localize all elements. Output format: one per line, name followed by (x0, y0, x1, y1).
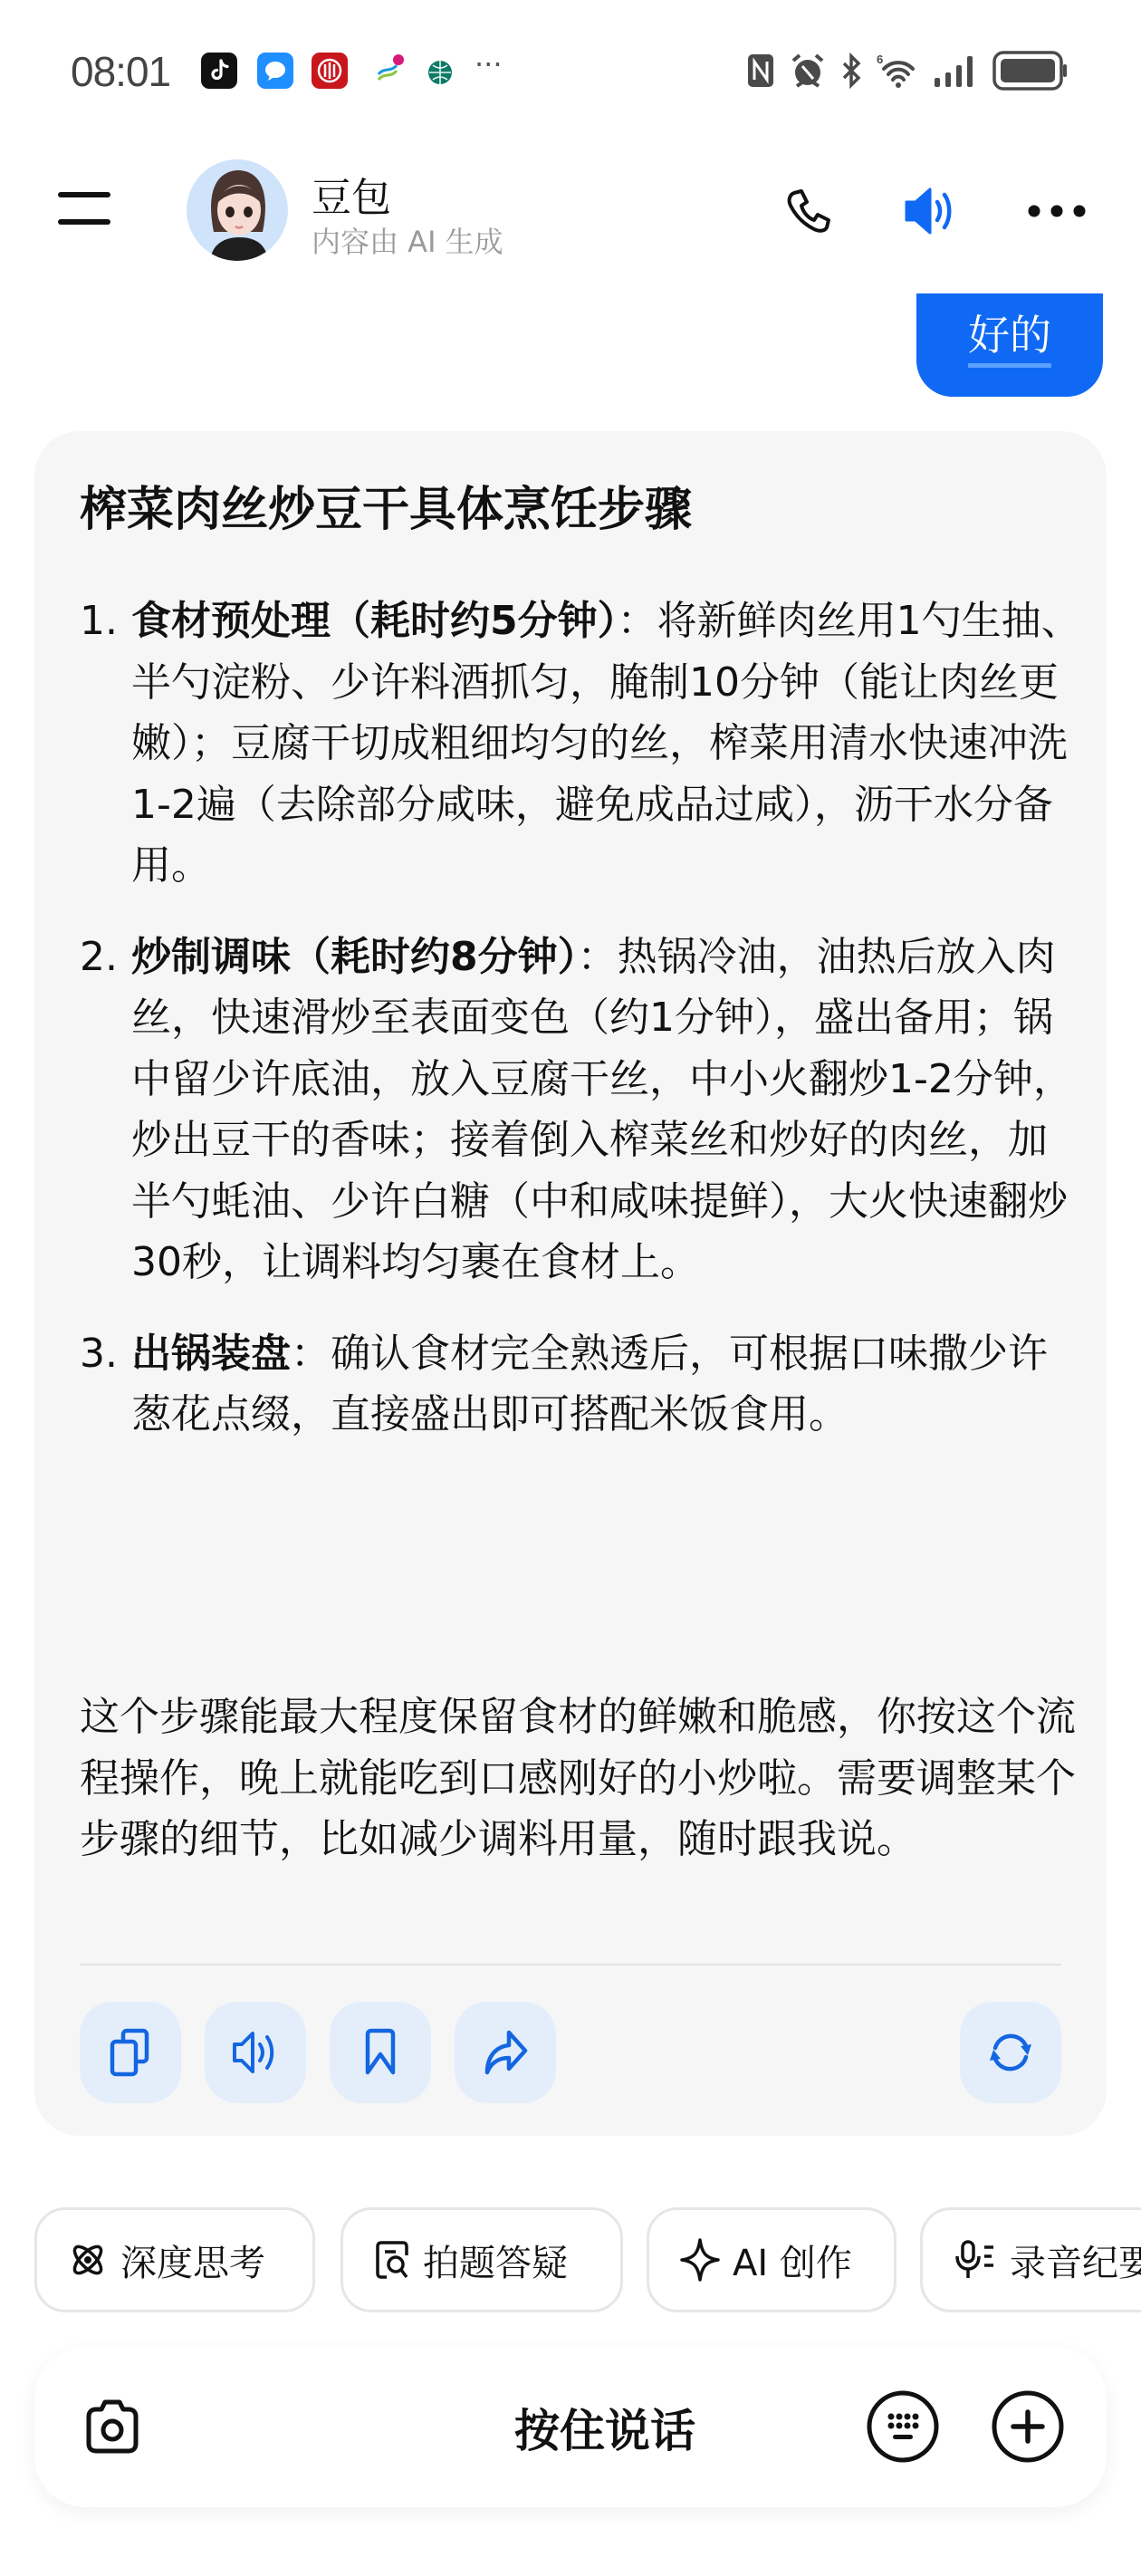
step-heading: 食材预处理（耗时约5分钟） (131, 598, 618, 644)
status-time: 08:01 (71, 47, 170, 96)
messages-icon (257, 53, 293, 89)
step-number: 1. (80, 591, 118, 652)
chip-photo-question[interactable]: 拍题答疑 (340, 2207, 623, 2312)
assistant-answer-card: 榨菜肉丝炒豆干具体烹饪步骤 1.食材预处理（耗时约5分钟）：将新鲜肉丝用1勺生抽… (34, 431, 1107, 2136)
signal-icon (933, 53, 978, 89)
copy-button[interactable] (80, 2002, 181, 2103)
user-message-bubble[interactable]: 好的 (916, 293, 1103, 397)
bot-name: 豆包 (312, 165, 391, 223)
read-aloud-icon (229, 2028, 282, 2077)
phone-icon (783, 186, 834, 236)
step-number: 3. (80, 1323, 118, 1385)
step-item: 2.炒制调味（耗时约8分钟）：热锅冷油，油热后放入肉丝，快速滑炒至表面变色（约1… (80, 927, 1085, 1293)
read-aloud-button[interactable] (205, 2002, 306, 2103)
china-mobile-icon (369, 53, 406, 89)
input-bar: 按住说话 (34, 2348, 1107, 2507)
chip-record-notes[interactable]: 录音纪要 (920, 2207, 1141, 2312)
citic-bank-icon (312, 53, 348, 89)
chip-label: 拍题答疑 (423, 2235, 568, 2286)
hold-to-talk-button[interactable]: 按住说话 (369, 2348, 840, 2507)
chip-label: 录音纪要 (1010, 2235, 1141, 2286)
step-item: 3.出锅装盘：确认食材完全熟透后，可根据口味撒少许葱花点缀，直接盛出即可搭配米饭… (80, 1323, 1085, 1446)
menu-icon-bar-bottom (58, 219, 110, 225)
globe-app-icon (422, 53, 458, 89)
speaker-icon (899, 184, 957, 238)
deep-think-icon (68, 2240, 108, 2280)
chip-label: 深度思考 (120, 2235, 265, 2286)
tiktok-icon (201, 53, 237, 89)
chip-deep-think[interactable]: 深度思考 (34, 2207, 315, 2312)
step-number: 2. (80, 927, 118, 988)
answer-summary: 这个步骤能最大程度保留食材的鲜嫩和脆感，你按这个流程操作，晚上就能吃到口感刚好的… (80, 1687, 1076, 1870)
nfc-icon (746, 53, 775, 89)
regenerate-icon (984, 2026, 1037, 2079)
ai-generated-notice: 内容由 AI 生成 (312, 219, 503, 261)
step-heading: 出锅装盘 (131, 1331, 291, 1377)
menu-button[interactable] (54, 190, 114, 226)
sparkle-icon (680, 2238, 720, 2282)
share-icon (480, 2027, 531, 2078)
status-indicators: 6 (746, 51, 1069, 91)
camera-button[interactable] (76, 2391, 149, 2464)
bookmark-button[interactable] (330, 2002, 431, 2103)
keyboard-button[interactable] (864, 2388, 942, 2465)
share-button[interactable] (455, 2002, 556, 2103)
step-item: 1.食材预处理（耗时约5分钟）：将新鲜肉丝用1勺生抽、半勺淀粉、少许料酒抓匀，腌… (80, 591, 1085, 897)
plus-icon (989, 2388, 1067, 2465)
bookmark-icon (362, 2027, 398, 2078)
step-heading: 炒制调味（耗时约8分钟） (131, 934, 578, 980)
keyboard-icon (864, 2388, 942, 2465)
alarm-icon (790, 52, 826, 90)
card-divider (80, 1964, 1061, 1966)
menu-icon-bar-top (58, 192, 110, 197)
more-icon (1027, 202, 1087, 220)
svg-text:6: 6 (877, 53, 883, 66)
step-body: ：热锅冷油，油热后放入肉丝，快速滑炒至表面变色（约1分钟），盛出备用；锅中留少许… (131, 934, 1073, 1286)
voice-call-button[interactable] (777, 179, 840, 243)
quick-action-chips: 深度思考 拍题答疑 AI 创作 录音纪要 (34, 2207, 1141, 2314)
chip-ai-create[interactable]: AI 创作 (647, 2207, 896, 2312)
more-options-button[interactable] (1025, 179, 1088, 243)
battery-icon (992, 51, 1069, 91)
steps-list: 1.食材预处理（耗时约5分钟）：将新鲜肉丝用1勺生抽、半勺淀粉、少许料酒抓匀，腌… (80, 591, 1085, 1475)
user-message-text: 好的 (968, 311, 1051, 368)
more-tools-button[interactable] (989, 2388, 1067, 2465)
auto-read-toggle[interactable] (896, 179, 960, 243)
chip-label: AI 创作 (733, 2235, 852, 2286)
wifi-6-icon: 6 (877, 53, 918, 89)
regenerate-button[interactable] (960, 2002, 1061, 2103)
more-notifications-icon: ··· (475, 47, 503, 82)
status-bar: 08:01 ··· 6 (0, 0, 1141, 145)
camera-icon (76, 2391, 149, 2464)
photo-question-icon (374, 2239, 410, 2281)
record-icon (954, 2238, 997, 2282)
bot-avatar[interactable] (187, 159, 288, 261)
copy-icon (107, 2027, 154, 2078)
chat-header: 豆包 内容由 AI 生成 (0, 145, 1141, 272)
answer-title: 榨菜肉丝炒豆干具体烹饪步骤 (80, 471, 692, 539)
bluetooth-icon (840, 53, 862, 89)
